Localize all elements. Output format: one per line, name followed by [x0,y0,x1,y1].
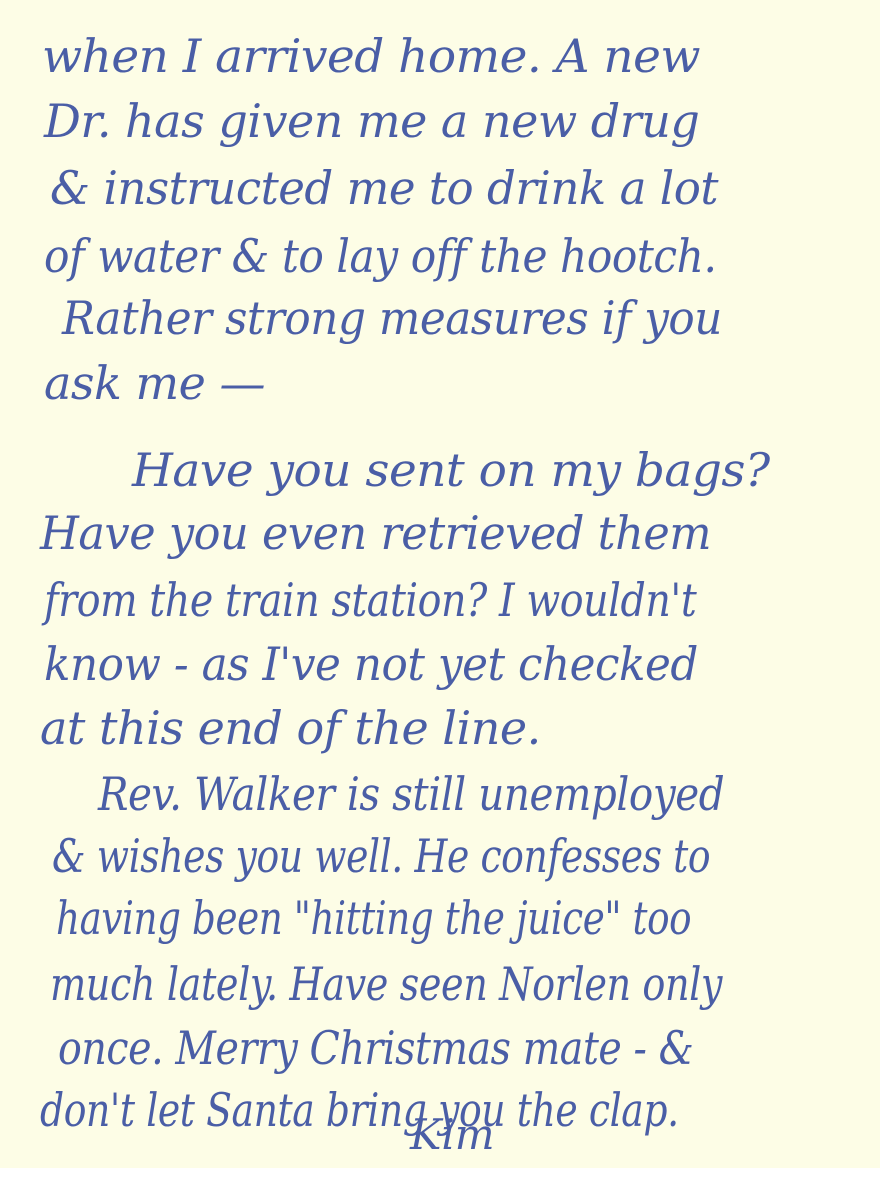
letter-signature: Kim [410,1110,495,1159]
scan-bottom-edge [0,1168,880,1180]
letter-line-5: Rather strong measures if you [62,290,722,346]
letter-line-12: Rev. Walker is still unemployed [98,766,724,822]
letter-line-7: Have you sent on my bags? [132,442,770,498]
letter-line-13: & wishes you well. He confesses to [52,828,710,884]
letter-line-9: from the train station? I wouldn't [44,572,696,628]
letter-line-1: when I arrived home. A new [42,28,700,84]
letter-line-17: don't let Santa bring you the clap. [40,1082,679,1138]
letter-page: when I arrived home. A new Dr. has given… [0,0,880,1168]
letter-line-3: & instructed me to drink a lot [50,160,718,216]
letter-line-11: at this end of the line. [40,700,541,756]
letter-line-10: know - as I've not yet checked [44,636,698,692]
letter-line-15: much lately. Have seen Norlen only [50,956,722,1012]
letter-line-16: once. Merry Christmas mate - & [58,1020,693,1076]
letter-line-6: ask me — [44,355,265,411]
letter-line-8: Have you even retrieved them [40,505,711,561]
letter-line-2: Dr. has given me a new drug [44,93,699,149]
letter-line-14: having been "hitting the juice" too [56,890,691,946]
letter-line-4: of water & to lay off the hootch. [44,228,716,284]
